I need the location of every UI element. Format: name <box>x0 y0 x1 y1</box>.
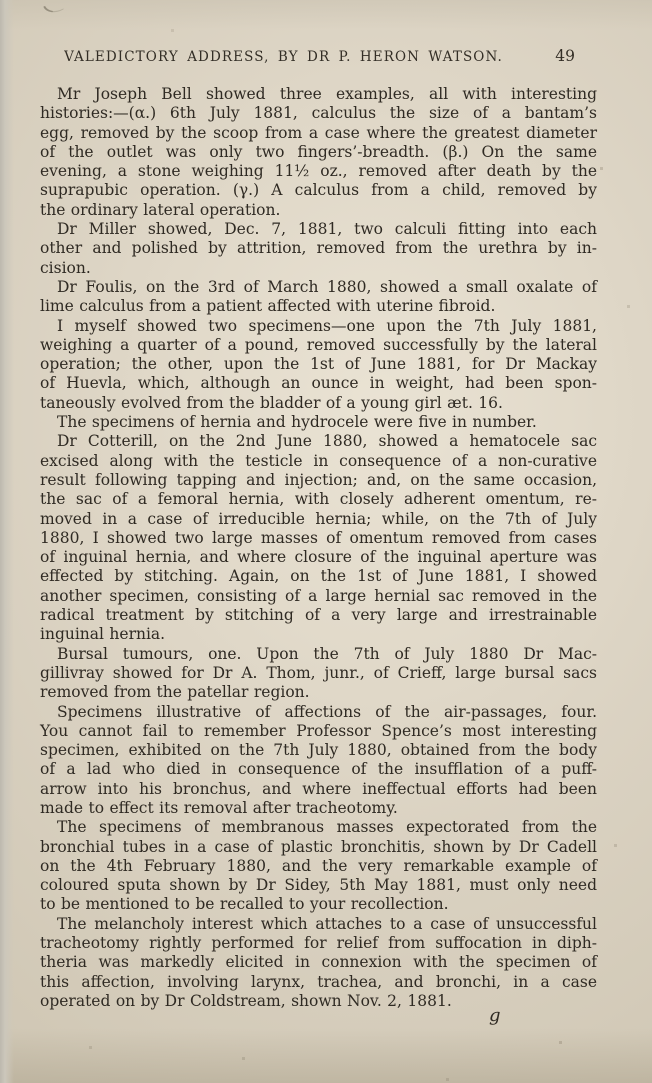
paragraph: Dr Foulis, on the 3rd of March 1880, sho… <box>40 278 597 317</box>
text-line: the ordinary lateral operation. <box>40 201 597 220</box>
text-line: effected by stitching. Again, on the 1st… <box>40 567 597 586</box>
text-line: You cannot fail to remember Professor Sp… <box>40 722 597 741</box>
text-line: lime calculus from a patient affected wi… <box>40 297 597 316</box>
text-line: egg, removed by the scoop from a case wh… <box>40 124 597 143</box>
text-line: radical treatment by stitching of a very… <box>40 606 597 625</box>
text-line: the sac of a femoral hernia, with closel… <box>40 490 597 509</box>
text-line: moved in a case of irreducible hernia; w… <box>40 510 597 529</box>
paragraph: I myself showed two specimens—one upon t… <box>40 317 597 413</box>
text-line: to be mentioned to be recalled to your r… <box>40 895 597 914</box>
text-line: Dr Cotterill, on the 2nd June 1880, show… <box>40 432 597 451</box>
printer-signature-mark: g <box>489 1005 501 1026</box>
text-line: made to effect its removal after tracheo… <box>40 799 597 818</box>
text-line: coloured sputa shown by Dr Sidey, 5th Ma… <box>40 876 597 895</box>
paragraph: Bursal tumours, one. Upon the 7th of Jul… <box>40 645 597 703</box>
text-line: arrow into his bronchus, and where ineff… <box>40 780 597 799</box>
text-line: suprapubic operation. (γ.) A calculus fr… <box>40 181 597 200</box>
text-line: excised along with the testicle in conse… <box>40 452 597 471</box>
text-line: gillivray showed for Dr A. Thom, junr., … <box>40 664 597 683</box>
text-line: weighing a quarter of a pound, removed s… <box>40 336 597 355</box>
text-line: operation; the other, upon the 1st of Ju… <box>40 355 597 374</box>
text-line: bronchial tubes in a case of plastic bro… <box>40 838 597 857</box>
text-line: other and polished by attrition, removed… <box>40 239 597 258</box>
text-line: this affection, involving larynx, trache… <box>40 973 597 992</box>
text-line: operated on by Dr Coldstream, shown Nov.… <box>40 992 597 1011</box>
text-block: Mr Joseph Bell showed three examples, al… <box>40 85 597 1011</box>
text-line: removed from the patellar region. <box>40 683 597 702</box>
text-line: of Huevla, which, although an ounce in w… <box>40 374 597 393</box>
text-line: of inguinal hernia, and where closure of… <box>40 548 597 567</box>
text-line: result following tapping and injection; … <box>40 471 597 490</box>
text-line: evening, a stone weighing 11½ oz., remov… <box>40 162 597 181</box>
text-line: The melancholy interest which attaches t… <box>40 915 597 934</box>
text-line: inguinal hernia. <box>40 625 597 644</box>
paragraph: The melancholy interest which attaches t… <box>40 915 597 1011</box>
text-line: Dr Foulis, on the 3rd of March 1880, sho… <box>40 278 597 297</box>
text-line: of a lad who died in consequence of the … <box>40 760 597 779</box>
text-line: cision. <box>40 259 597 278</box>
paragraph: Dr Cotterill, on the 2nd June 1880, show… <box>40 432 597 644</box>
paragraph: Dr Miller showed, Dec. 7, 1881, two calc… <box>40 220 597 278</box>
paragraph: The specimens of membranous masses expec… <box>40 818 597 914</box>
text-line: on the 4th February 1880, and the very r… <box>40 857 597 876</box>
text-line: Specimens illustrative of affections of … <box>40 703 597 722</box>
text-line: Bursal tumours, one. Upon the 7th of Jul… <box>40 645 597 664</box>
text-line: taneously evolved from the bladder of a … <box>40 394 597 413</box>
text-line: of the outlet was only two fingers’-brea… <box>40 143 597 162</box>
running-header: VALEDICTORY ADDRESS, BY DR P. HERON WATS… <box>40 49 597 67</box>
paragraph: Specimens illustrative of affections of … <box>40 703 597 819</box>
ink-smudge-mark <box>43 0 64 17</box>
text-line: I myself showed two specimens—one upon t… <box>40 317 597 336</box>
text-line: The specimens of membranous masses expec… <box>40 818 597 837</box>
text-line: histories:—(α.) 6th July 1881, calculus … <box>40 104 597 123</box>
header-title: VALEDICTORY ADDRESS, BY DR P. HERON WATS… <box>40 49 527 65</box>
text-line: 1880, I showed two large masses of oment… <box>40 529 597 548</box>
text-line: Dr Miller showed, Dec. 7, 1881, two calc… <box>40 220 597 239</box>
paragraph: The specimens of hernia and hydrocele we… <box>40 413 597 432</box>
paper-specks <box>0 0 1 1</box>
text-line: The specimens of hernia and hydrocele we… <box>40 413 597 432</box>
text-line: another specimen, consisting of a large … <box>40 587 597 606</box>
text-line: Mr Joseph Bell showed three examples, al… <box>40 85 597 104</box>
page-number: 49 <box>555 47 575 65</box>
text-line: theria was markedly elicited in connexio… <box>40 953 597 972</box>
text-line: tracheotomy rightly performed for relief… <box>40 934 597 953</box>
paragraph: Mr Joseph Bell showed three examples, al… <box>40 85 597 220</box>
text-line: specimen, exhibited on the 7th July 1880… <box>40 741 597 760</box>
